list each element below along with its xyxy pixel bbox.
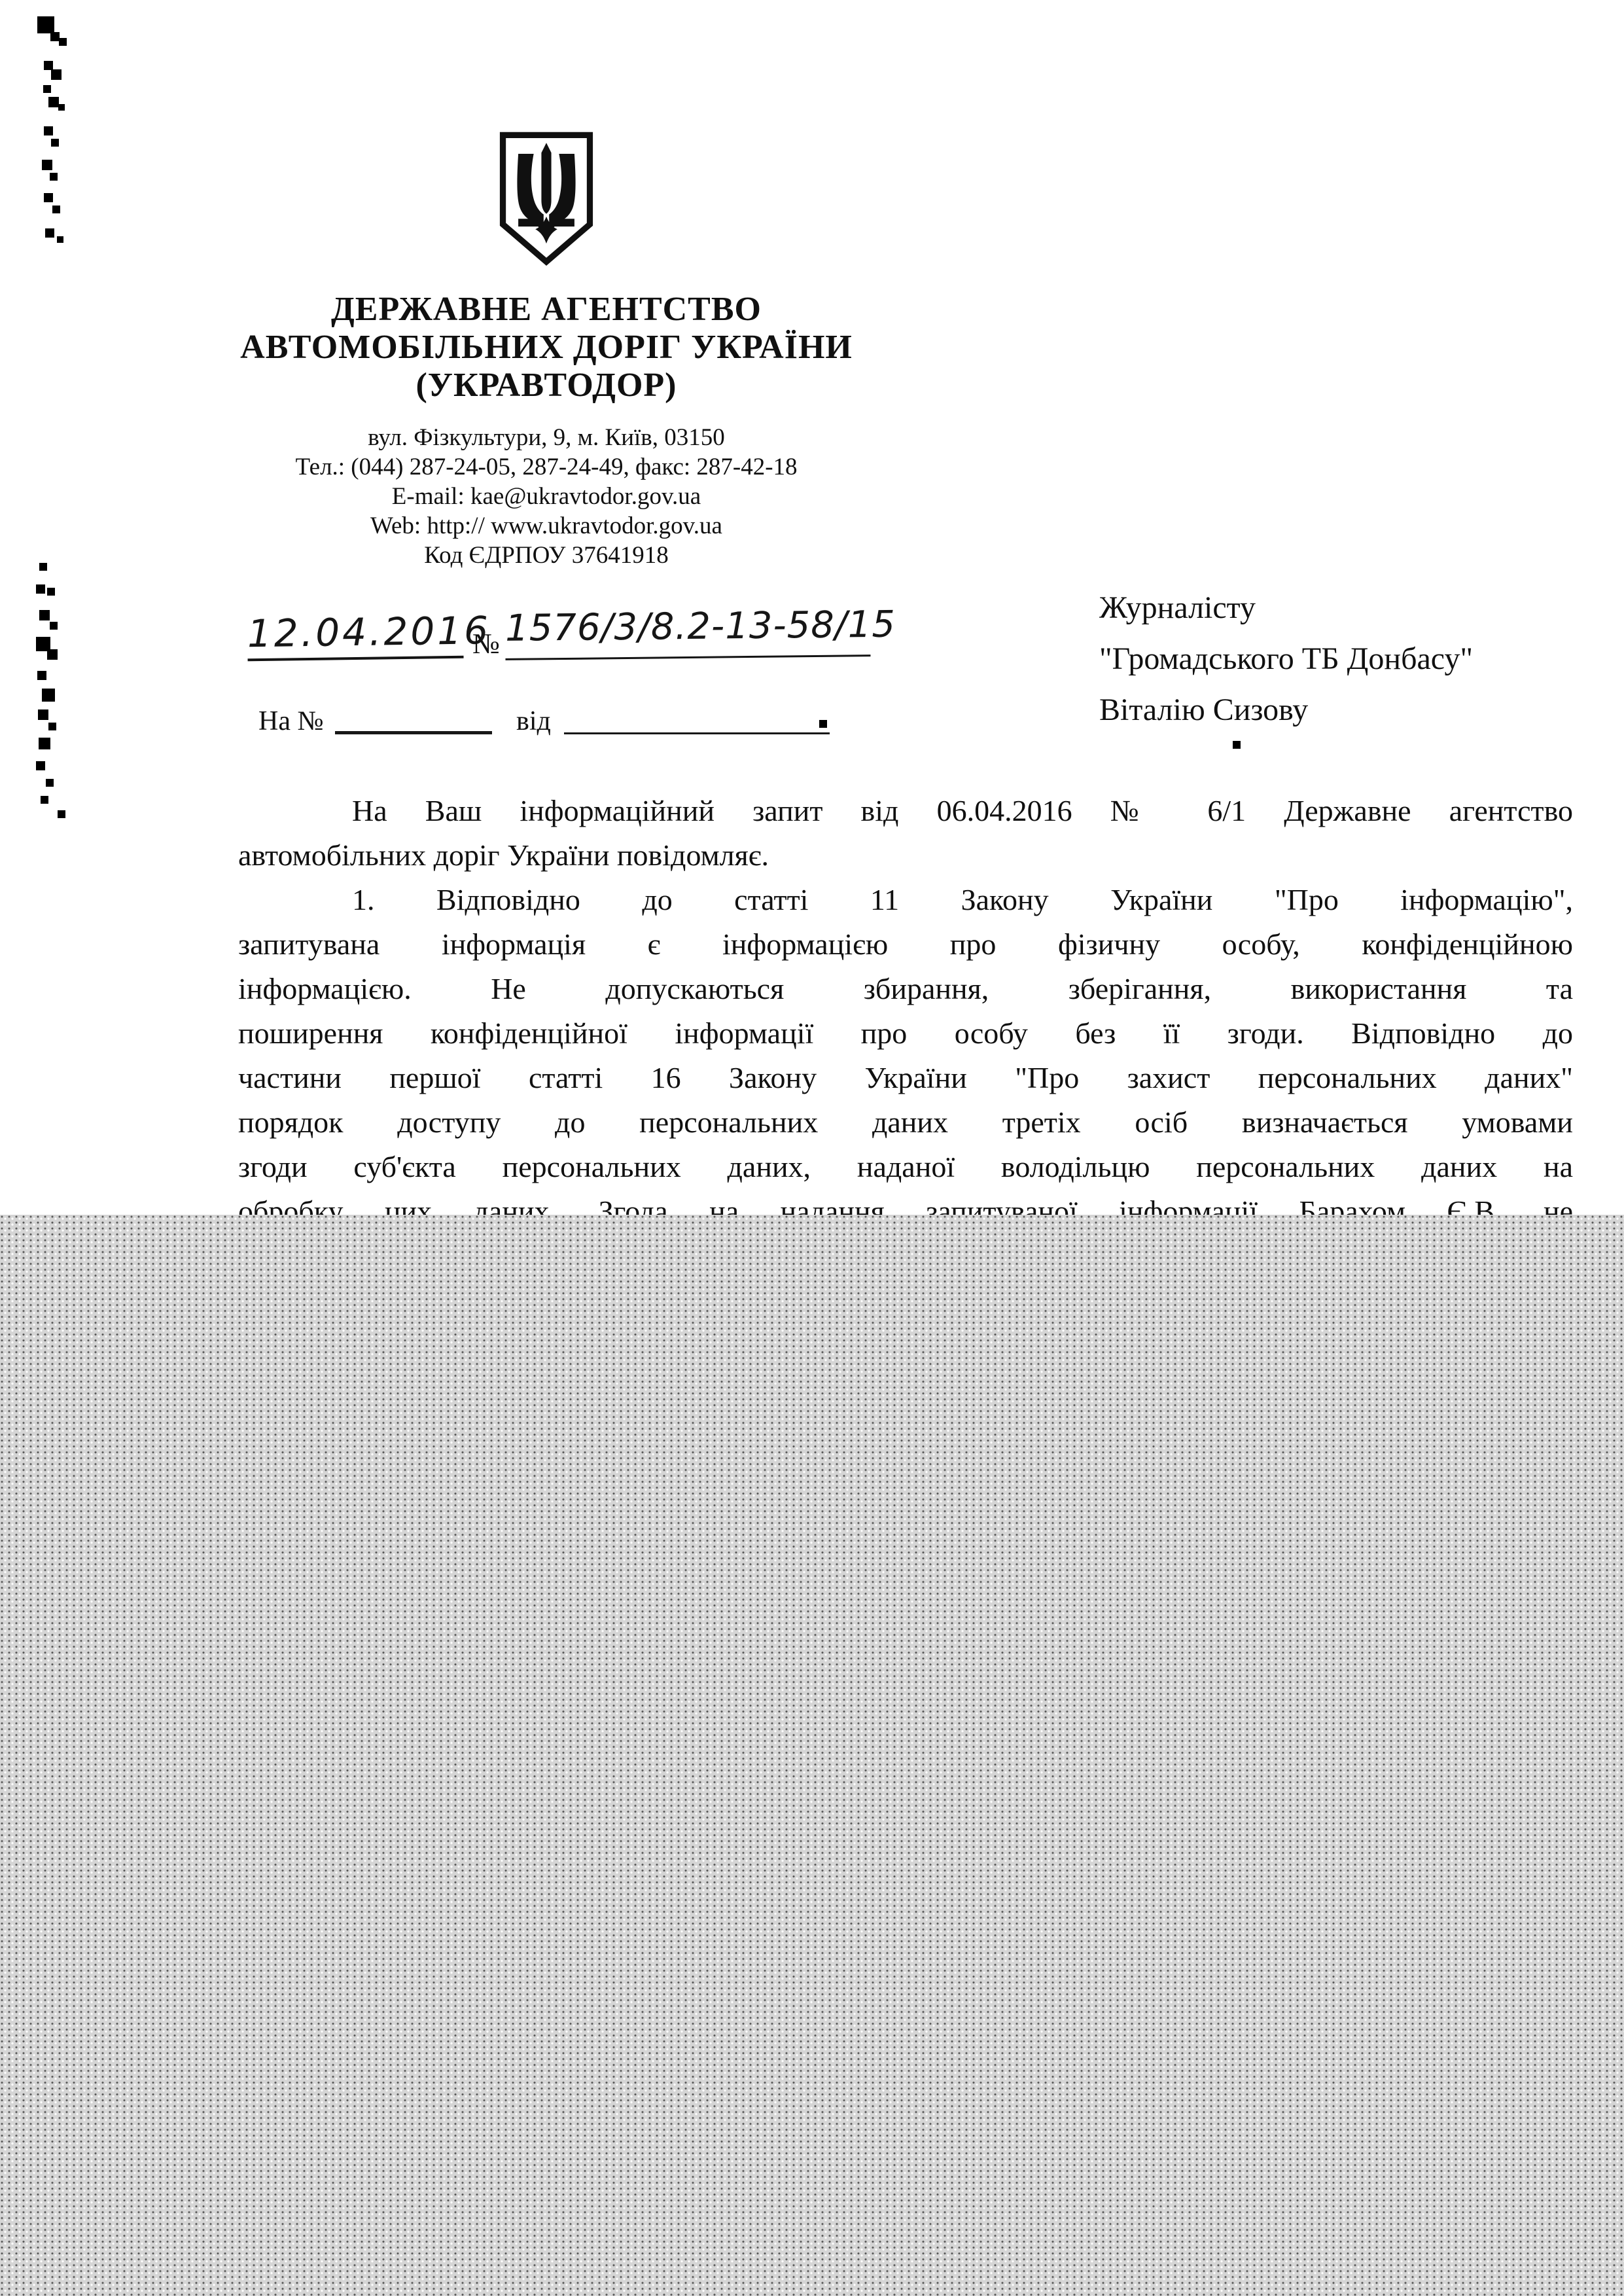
body-line: поширення конфіденційної інформації про …: [238, 1011, 1573, 1056]
body-line: порядок доступу до персональних даних тр…: [238, 1100, 1573, 1145]
body-line: згоди суб'єкта персональних даних, надан…: [238, 1145, 1573, 1189]
body-line: На Ваш інформаційний запит від 06.04.201…: [238, 789, 1573, 833]
org-email: E-mail: kae@ukravtodor.gov.ua: [219, 482, 874, 511]
org-contact-block: вул. Фізкультури, 9, м. Київ, 03150 Тел.…: [219, 423, 874, 570]
org-name-line1: ДЕРЖАВНЕ АГЕНТСТВО: [219, 291, 874, 329]
reply-date-label: від: [516, 706, 551, 737]
recipient-line3: Віталію Сизову: [1099, 685, 1557, 736]
scanned-letter-page: ДЕРЖАВНЕ АГЕНТСТВО АВТОМОБІЛЬНИХ ДОРІГ У…: [0, 0, 1624, 2296]
org-address: вул. Фізкультури, 9, м. Київ, 03150: [219, 423, 874, 452]
recipient-line1: Журналісту: [1099, 583, 1557, 634]
reply-date-blank-line: [564, 706, 830, 734]
scan-noise-mid-left: [0, 0, 5, 5]
outgoing-number-handwritten: 1576/3/8.2-13-58/15: [505, 595, 871, 660]
org-edrpou: Код ЄДРПОУ 37641918: [219, 541, 874, 570]
reply-number-label: На №: [258, 706, 324, 737]
body-line: інформацією. Не допускаються збирання, з…: [238, 967, 1573, 1011]
body-line: запитувана інформація є інформацією про …: [238, 922, 1573, 967]
org-name: ДЕРЖАВНЕ АГЕНТСТВО АВТОМОБІЛЬНИХ ДОРІГ У…: [219, 291, 874, 404]
body-line: частини першої статті 16 Закону України …: [238, 1056, 1573, 1100]
org-phone: Тел.: (044) 287-24-05, 287-24-49, факс: …: [219, 452, 874, 482]
recipient-block: Журналісту "Громадського ТБ Донбасу" Віт…: [1099, 583, 1557, 736]
org-name-line2: АВТОМОБІЛЬНИХ ДОРІГ УКРАЇНИ: [219, 329, 874, 367]
body-line: 1. Відповідно до статті 11 Закону Україн…: [238, 878, 1573, 922]
reply-number-blank-line: [335, 706, 492, 734]
recipient-line2: "Громадського ТБ Донбасу": [1099, 634, 1557, 685]
outgoing-date-handwritten: 12.04.2016: [247, 606, 463, 662]
org-name-line3: (УКРАВТОДОР): [219, 367, 874, 404]
number-symbol: №: [472, 627, 500, 660]
letterhead: ДЕРЖАВНЕ АГЕНТСТВО АВТОМОБІЛЬНИХ ДОРІГ У…: [219, 130, 874, 570]
body-line: автомобільних доріг України повідомляє.: [238, 833, 1573, 878]
letter-body: На Ваш інформаційний запит від 06.04.201…: [238, 789, 1573, 1234]
scanner-gray-artifact-block: [0, 1215, 1624, 2296]
org-web: Web: http:// www.ukravtodor.gov.ua: [219, 511, 874, 541]
ukraine-trident-emblem-icon: [494, 130, 599, 268]
